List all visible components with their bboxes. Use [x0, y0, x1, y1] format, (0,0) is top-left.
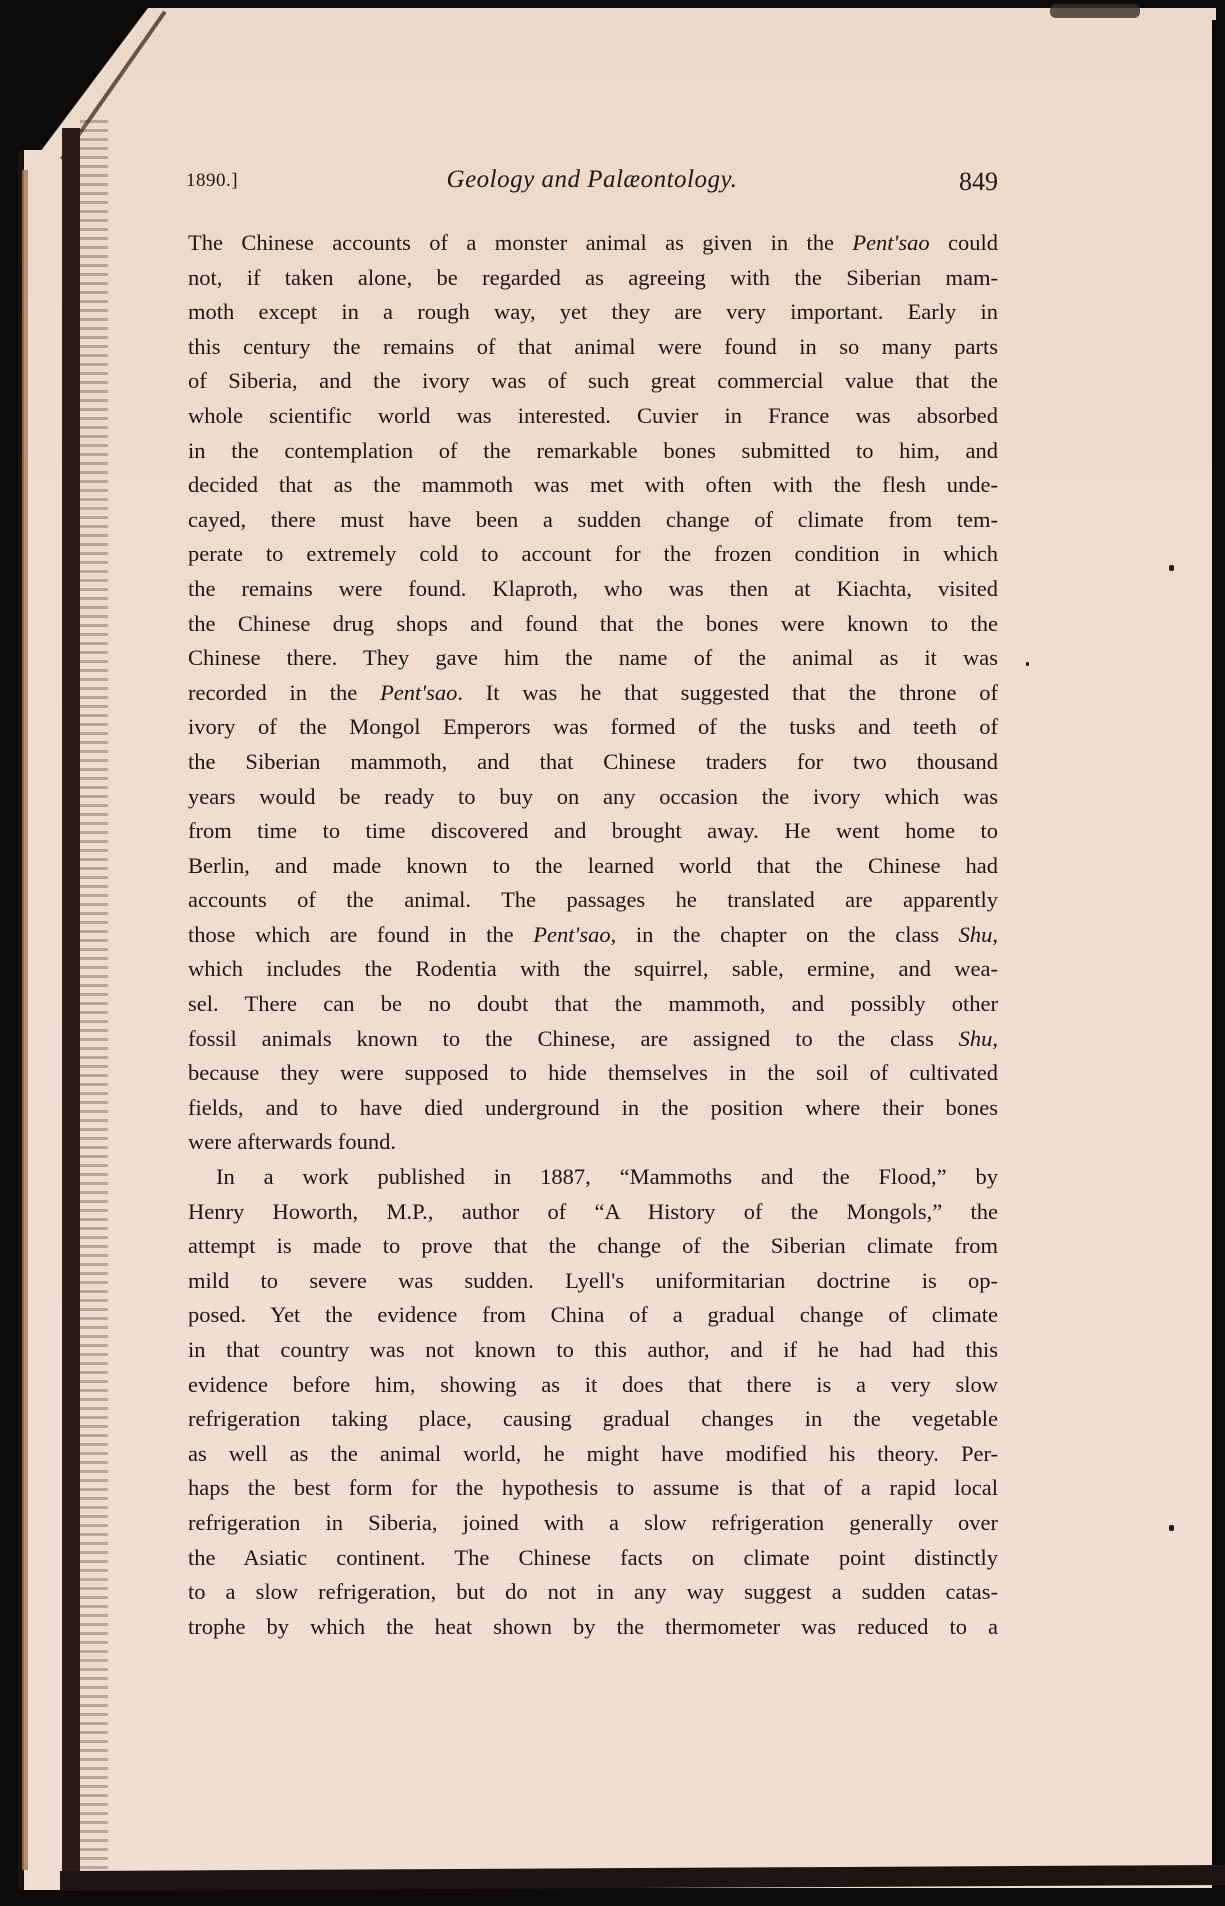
binding-gutter-speckle	[80, 120, 108, 1890]
text-line: accounts of the animal. The passages he …	[188, 883, 998, 918]
text-line: Berlin, and made known to the learned wo…	[188, 849, 998, 884]
text-line: perate to extremely cold to account for …	[188, 537, 998, 572]
body-text: The Chinese accounts of a monster animal…	[188, 226, 998, 1644]
text-line: moth except in a rough way, yet they are…	[188, 295, 998, 330]
text-line: were afterwards found.	[188, 1125, 998, 1160]
text-line: in the contemplation of the remarkable b…	[188, 434, 998, 469]
stray-mark	[1026, 662, 1029, 666]
section-title: Geology and Palæontology.	[186, 166, 998, 194]
text-line: sel. There can be no doubt that the mamm…	[188, 987, 998, 1022]
text-line: The Chinese accounts of a monster animal…	[188, 226, 998, 261]
text-line: this century the remains of that animal …	[188, 330, 998, 365]
text-line: because they were supposed to hide thems…	[188, 1056, 998, 1091]
text-line: the Siberian mammoth, and that Chinese t…	[188, 745, 998, 780]
stray-mark	[1169, 1525, 1174, 1531]
stray-mark	[1169, 565, 1174, 571]
text-line: refrigeration in Siberia, joined with a …	[188, 1506, 998, 1541]
text-line: as well as the animal world, he might ha…	[188, 1437, 998, 1472]
text-line: recorded in the Pent'sao. It was he that…	[188, 676, 998, 711]
italic-term: Shu	[959, 922, 993, 947]
text-line: the Chinese drug shops and found that th…	[188, 607, 998, 642]
text-line: haps the best form for the hypothesis to…	[188, 1471, 998, 1506]
text-line: fossil animals known to the Chinese, are…	[188, 1022, 998, 1057]
right-edge-shadow	[1212, 20, 1225, 1900]
text-line: cayed, there must have been a sudden cha…	[188, 503, 998, 538]
italic-term: Pent'sao	[533, 922, 610, 947]
text-line: Henry Howorth, M.P., author of “A Histor…	[188, 1195, 998, 1230]
text-line: of Siberia, and the ivory was of such gr…	[188, 364, 998, 399]
text-line: years would be ready to buy on any occas…	[188, 780, 998, 815]
paragraph: The Chinese accounts of a monster animal…	[188, 226, 998, 1160]
text-line: in that country was not known to this au…	[188, 1333, 998, 1368]
text-line: from time to time discovered and brought…	[188, 814, 998, 849]
text-line: those which are found in the Pent'sao, i…	[188, 918, 998, 953]
text-line: which includes the Rodentia with the squ…	[188, 952, 998, 987]
text-line: evidence before him, showing as it does …	[188, 1368, 998, 1403]
text-line: the Asiatic continent. The Chinese facts…	[188, 1541, 998, 1576]
text-line: Chinese there. They gave him the name of…	[188, 641, 998, 676]
text-line: mild to severe was sudden. Lyell's unifo…	[188, 1264, 998, 1299]
text-line: the remains were found. Klaproth, who wa…	[188, 572, 998, 607]
text-line: In a work published in 1887, “Mammoths a…	[188, 1160, 998, 1195]
text-line: trophe by which the heat shown by the th…	[188, 1610, 998, 1645]
italic-term: Pent'sao	[852, 230, 929, 255]
page-number: 849	[959, 167, 998, 197]
text-line: ivory of the Mongol Emperors was formed …	[188, 710, 998, 745]
binding-gutter-shadow	[62, 128, 80, 1888]
text-line: whole scientific world was interested. C…	[188, 399, 998, 434]
text-line: posed. Yet the evidence from China of a …	[188, 1298, 998, 1333]
text-line: attempt is made to prove that the change…	[188, 1229, 998, 1264]
text-line: fields, and to have died underground in …	[188, 1091, 998, 1126]
text-line: decided that as the mammoth was met with…	[188, 468, 998, 503]
italic-term: Shu	[959, 1026, 993, 1051]
text-line: to a slow refrigeration, but do not in a…	[188, 1575, 998, 1610]
top-smudge	[1050, 4, 1140, 18]
italic-term: Pent'sao	[380, 680, 457, 705]
text-line: not, if taken alone, be regarded as agre…	[188, 261, 998, 296]
text-line: refrigeration taking place, causing grad…	[188, 1402, 998, 1437]
paragraph: In a work published in 1887, “Mammoths a…	[188, 1160, 998, 1644]
running-head: 1890.] Geology and Palæontology. 849	[186, 166, 998, 206]
